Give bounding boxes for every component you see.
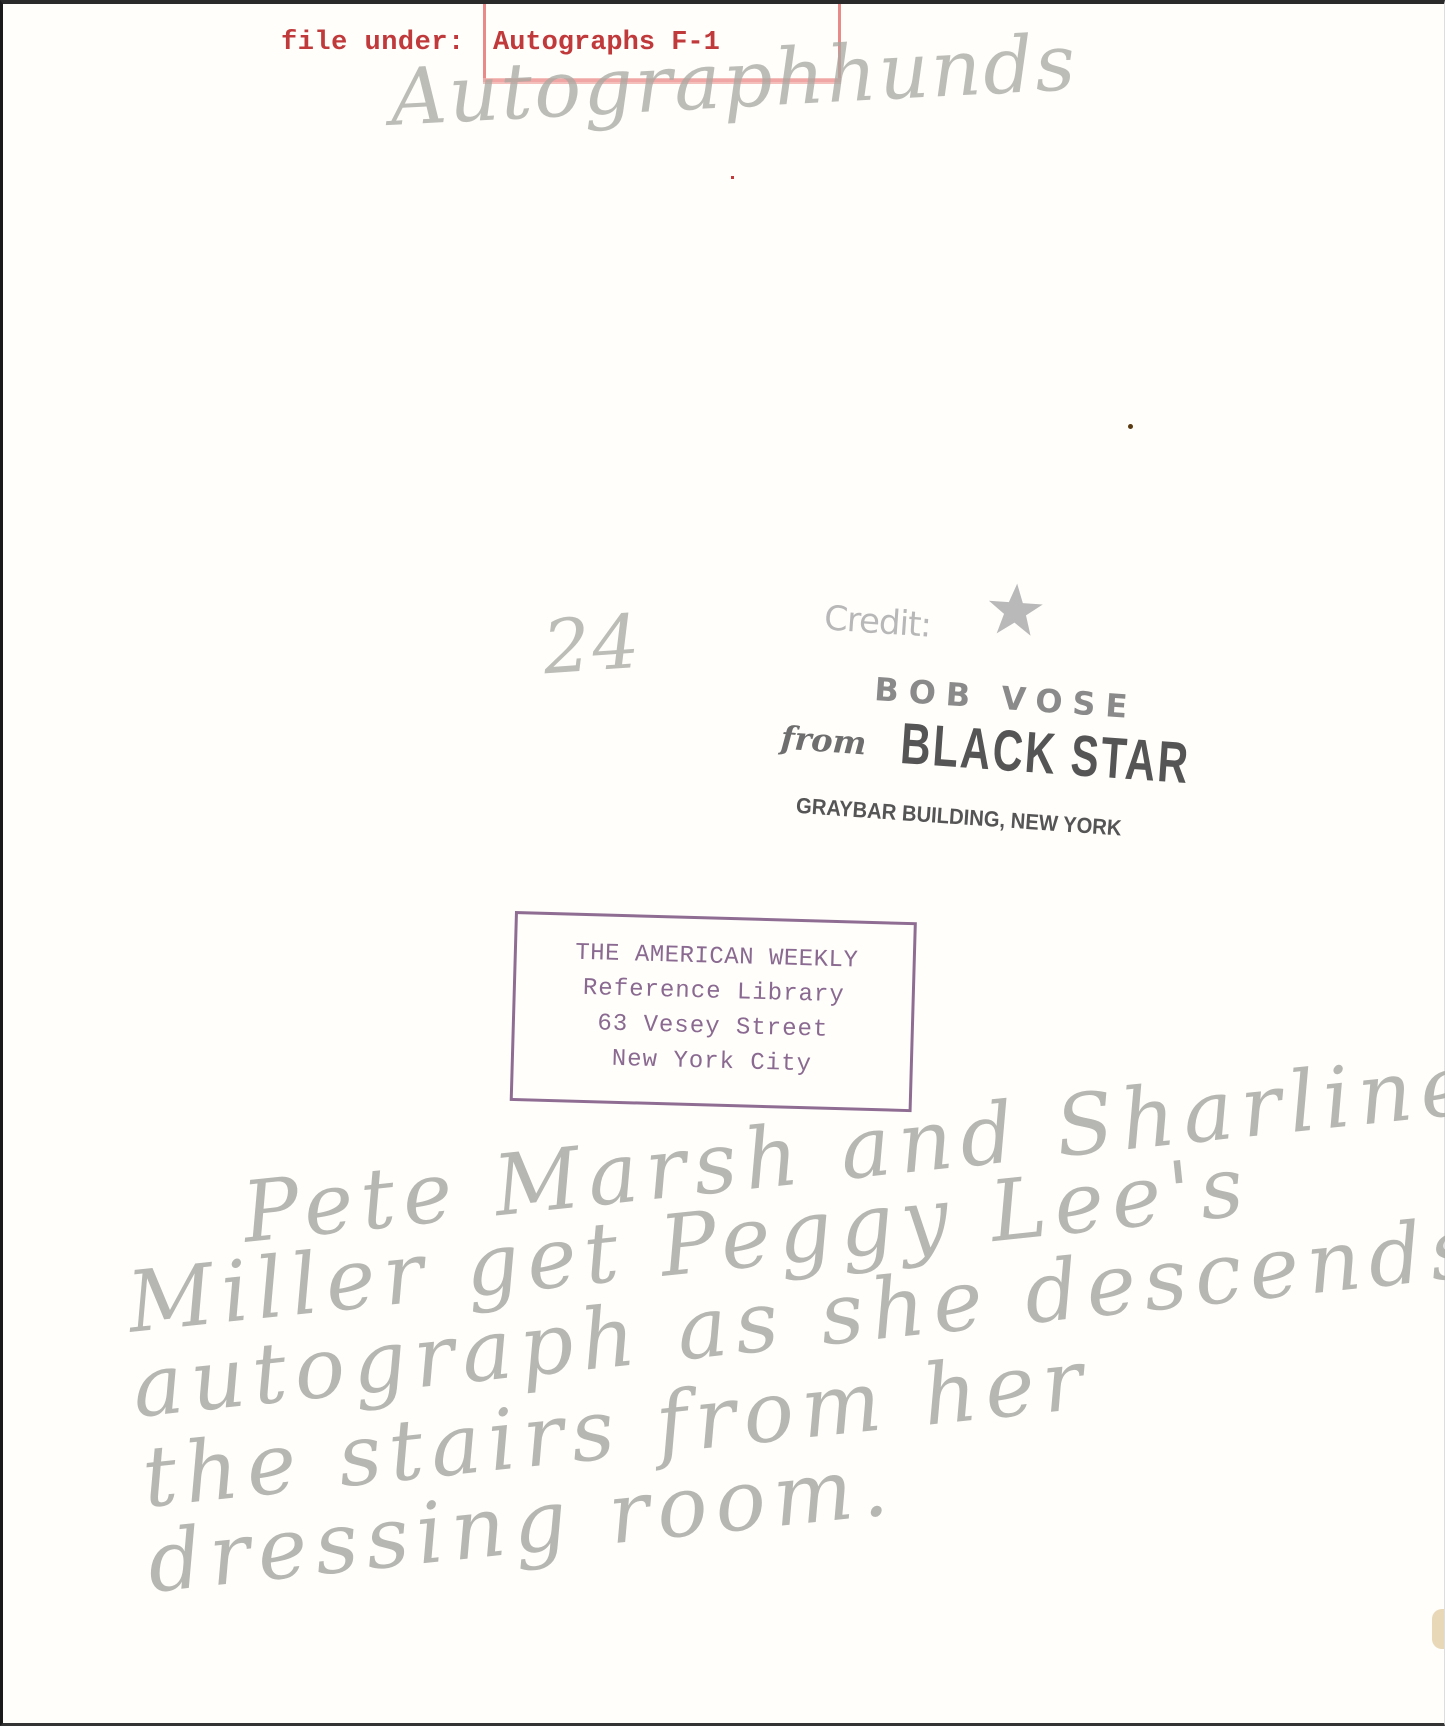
star-icon bbox=[983, 578, 1047, 642]
ink-speck bbox=[1128, 424, 1133, 429]
handwritten-number: 24 bbox=[540, 599, 644, 692]
credit-label: Credit: bbox=[823, 598, 932, 645]
library-stamp: THE AMERICAN WEEKLY Reference Library 63… bbox=[510, 911, 917, 1112]
agency-name: BLACK STAR bbox=[898, 710, 1192, 797]
agency-address: GRAYBAR BUILDING, NEW YORK bbox=[795, 793, 1122, 842]
from-word: from bbox=[780, 719, 868, 763]
corner-stain bbox=[1432, 1609, 1444, 1649]
credit-stamp: Credit: BOB VOSE from BLACK STAR GRAYBAR… bbox=[771, 564, 1212, 903]
photo-back-sheet: file under: Autographs F-1 Autographhund… bbox=[0, 0, 1445, 1726]
ink-speck bbox=[731, 176, 734, 179]
